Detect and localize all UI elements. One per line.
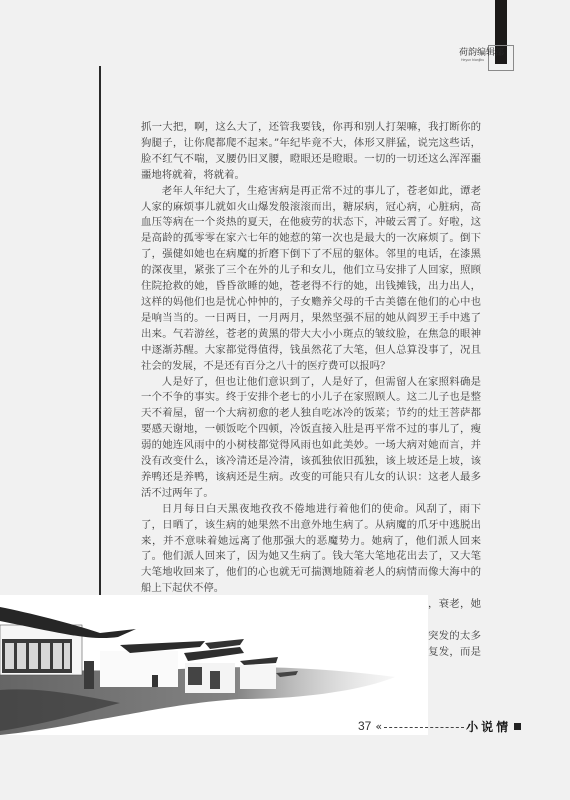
article-body: 抓一大把，啊，这么大了，还管我要钱，你再和别人打架嘛，我打断你的狗腿子，让你爬都… [141, 120, 481, 677]
page-footer: 37 « 小说情 [358, 716, 548, 736]
brand-title: 荷韵编辑部 [459, 48, 509, 58]
header-brand: 荷韵编辑部 Heyun bianjibu [459, 48, 509, 63]
brand-subtitle: Heyun bianjibu [461, 58, 509, 63]
paragraph-1: 抓一大把，啊，这么大了，还管我要钱，你再和别人打架嘛，我打断你的狗腿子，让你爬都… [141, 120, 481, 184]
paragraph-4: 日月每日白天黑夜地孜孜不倦地进行着他们的使命。风刮了，雨下了，日晒了，该生病的她… [141, 502, 481, 597]
traditional-buildings-image [0, 595, 428, 735]
dotted-leader [384, 727, 464, 728]
paragraph-3: 人是好了，但也让他们意识到了，人是好了，但需留人在家照料确是一个不争的事实。终于… [141, 375, 481, 502]
paragraph-2: 老年人年纪大了，生疮害病是再正常不过的事儿了，苍老如此，谭老人家的麻烦事儿就如火… [141, 184, 481, 375]
vertical-rule [99, 66, 101, 607]
double-chevron-icon: « [375, 720, 382, 733]
magazine-title: 小说情 [466, 718, 511, 735]
page-number: 37 [358, 719, 371, 733]
square-bullet-icon [514, 723, 521, 730]
ink-wash-illustration [0, 595, 428, 735]
